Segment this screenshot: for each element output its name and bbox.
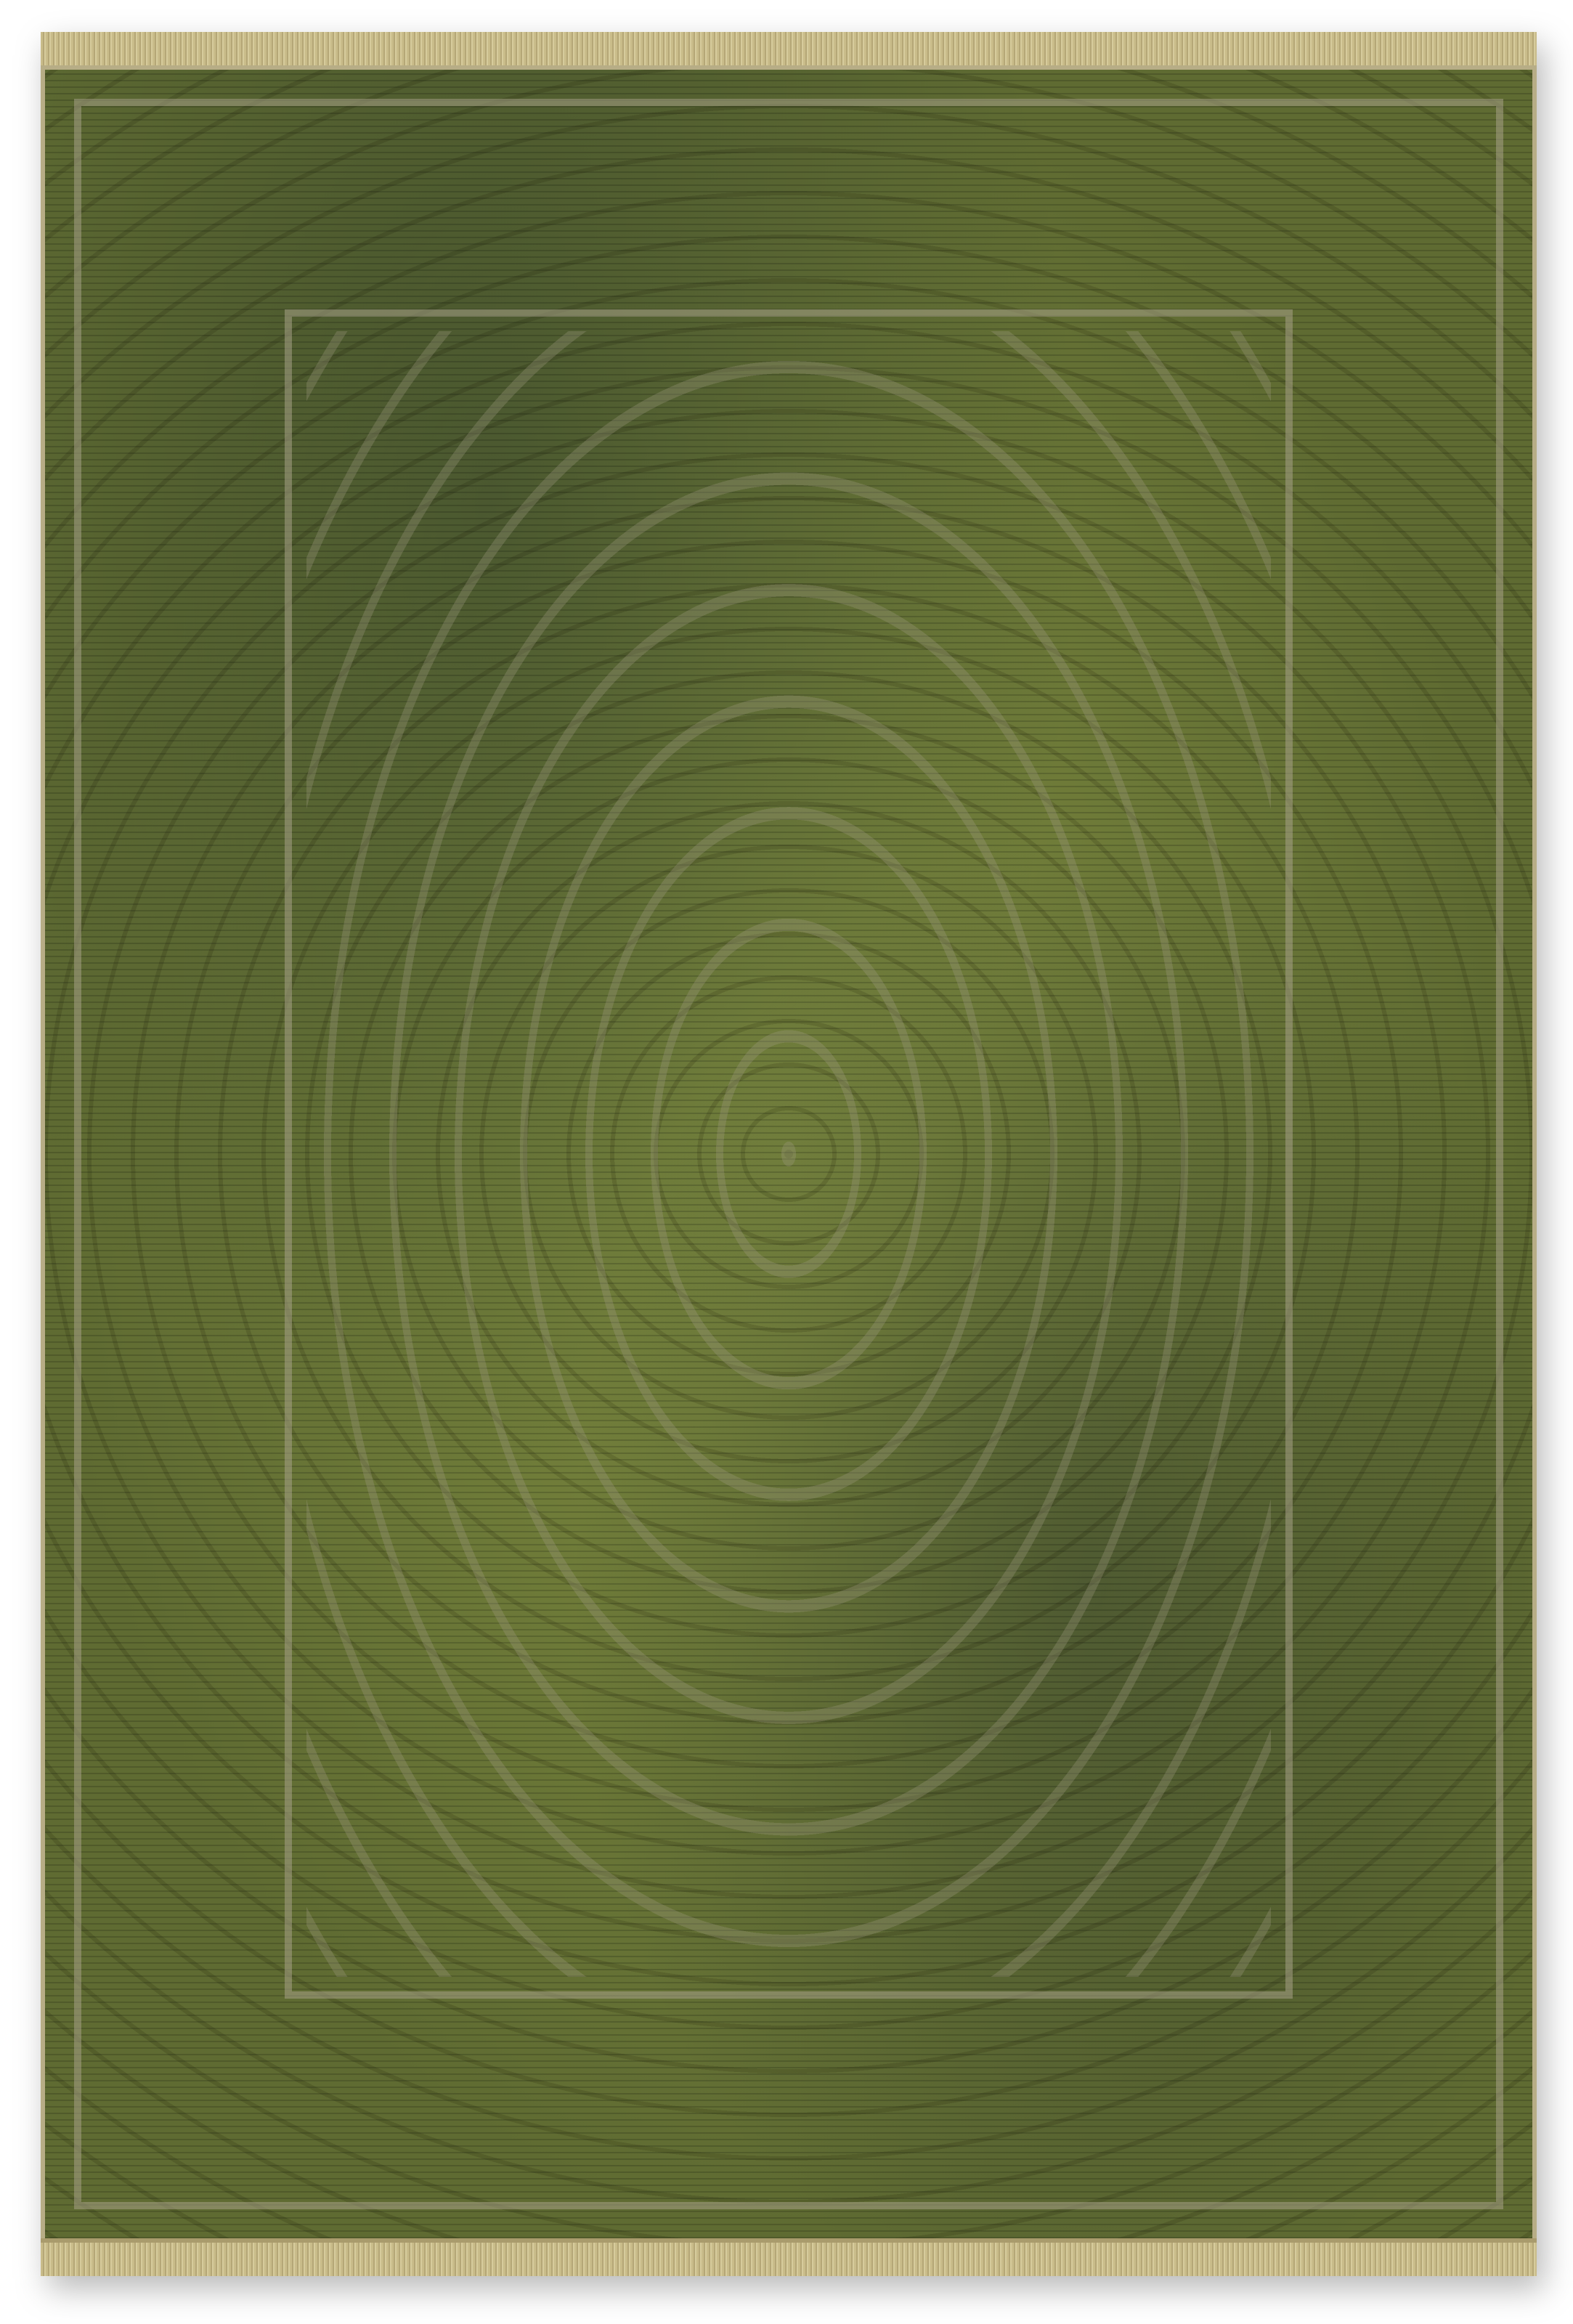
central-field-pattern bbox=[306, 331, 1271, 1977]
rug-photo bbox=[41, 32, 1537, 2276]
rug-body bbox=[41, 65, 1537, 2243]
top-fringe bbox=[41, 32, 1537, 70]
bottom-fringe bbox=[41, 2238, 1537, 2276]
